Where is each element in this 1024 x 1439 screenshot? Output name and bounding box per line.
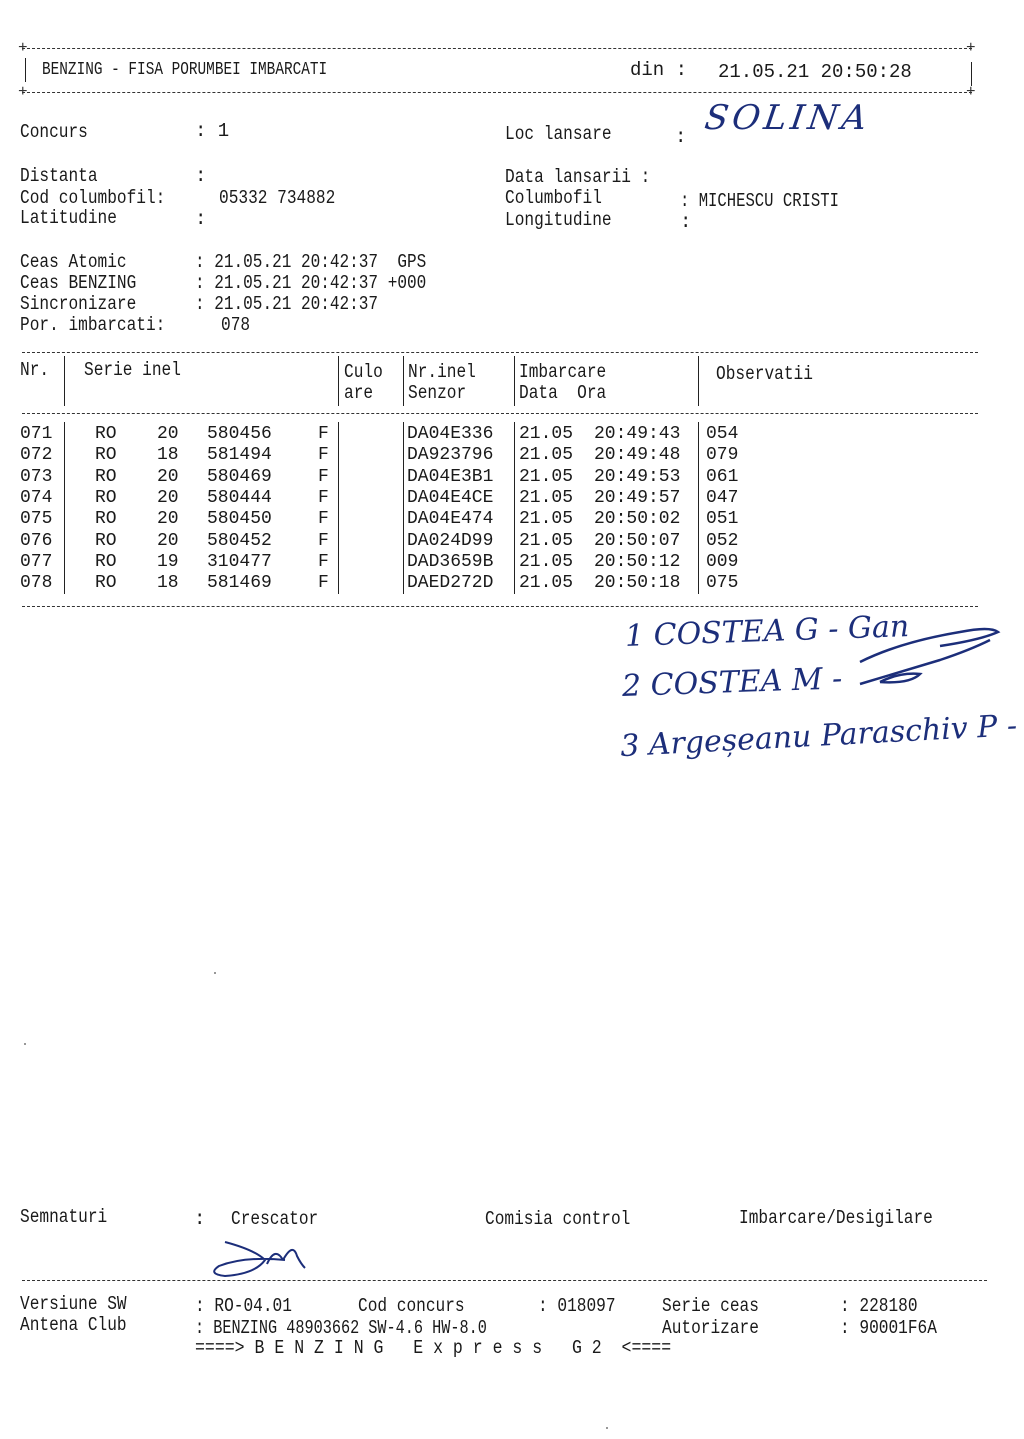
- header-box-top-border: [22, 48, 972, 49]
- cell-country: RO: [95, 424, 117, 445]
- col-header-nr: Nr.: [20, 360, 49, 381]
- scan-speck: [606, 1427, 608, 1429]
- cell-country: RO: [95, 467, 117, 488]
- cell-nr: 078: [20, 573, 52, 594]
- cell-year: 20: [157, 509, 179, 530]
- columbofil-value: : MICHESCU CRISTI: [680, 191, 839, 212]
- col-header-data-ora: Data Ora: [519, 383, 606, 404]
- column-separator: [403, 356, 404, 406]
- sincronizare-value: : 21.05.21 20:42:37: [195, 294, 378, 315]
- handwritten-note: 3 Argeșeanu Paraschiv P - Pab: [619, 705, 1024, 764]
- cell-year: 18: [157, 445, 179, 466]
- cell-sensor: DA04E4CE: [407, 488, 493, 509]
- cell-time: 20:50:12: [594, 552, 680, 573]
- cell-date: 21.05: [519, 424, 573, 445]
- cell-time: 20:49:43: [594, 424, 680, 445]
- cell-time: 20:49:53: [594, 467, 680, 488]
- comisia-control-label: Comisia control: [485, 1209, 630, 1230]
- cell-country: RO: [95, 552, 117, 573]
- cell-sensor: DA04E336: [407, 424, 493, 445]
- header-box-right-border: [971, 62, 972, 86]
- cell-sensor: DAD3659B: [407, 552, 493, 573]
- loc-lansare-label: Loc lansare: [505, 124, 612, 145]
- handwritten-note: 2 COSTEA M -: [621, 661, 852, 704]
- col-header-senzor: Senzor: [408, 383, 466, 404]
- cell-year: 20: [157, 488, 179, 509]
- cell-observatii: 052: [706, 531, 738, 552]
- header-box-left-border: [25, 58, 26, 82]
- cell-date: 21.05: [519, 573, 573, 594]
- cell-ring-number: 580444: [207, 488, 272, 509]
- din-label: din :: [630, 60, 687, 81]
- ceas-atomic-label: Ceas Atomic: [20, 252, 127, 273]
- cell-sex: F: [318, 509, 329, 530]
- cell-sensor: DA024D99: [407, 531, 493, 552]
- cell-observatii: 051: [706, 509, 738, 530]
- column-separator: [338, 422, 339, 594]
- cell-sensor: DAED272D: [407, 573, 493, 594]
- concurs-label: Concurs: [20, 122, 88, 143]
- cell-ring-number: 580456: [207, 424, 272, 445]
- serie-ceas-label: Serie ceas: [662, 1296, 759, 1317]
- cell-nr: 071: [20, 424, 52, 445]
- scan-speck: [214, 972, 216, 974]
- cod-columbofil-value: 05332 734882: [219, 188, 335, 209]
- longitudine-label: Longitudine: [505, 210, 612, 231]
- cell-year: 20: [157, 467, 179, 488]
- column-separator: [403, 422, 404, 594]
- column-separator: [698, 422, 699, 594]
- din-value: 21.05.21 20:50:28: [718, 62, 912, 83]
- cell-time: 20:49:57: [594, 488, 680, 509]
- crescator-label: Crescator: [231, 1209, 318, 1230]
- benzing-express-banner: ====> B E N Z I N G E x p r e s s G 2 <=…: [195, 1338, 671, 1359]
- versiune-sw-value: : RO-04.01: [195, 1296, 292, 1317]
- cell-observatii: 047: [706, 488, 738, 509]
- antena-club-value: : BENZING 48903662 SW-4.6 HW-8.0: [195, 1318, 487, 1339]
- cell-country: RO: [95, 445, 117, 466]
- ceas-benzing-value: : 21.05.21 20:42:37 +000: [195, 273, 426, 294]
- cell-year: 18: [157, 573, 179, 594]
- cell-country: RO: [95, 573, 117, 594]
- cell-nr: 073: [20, 467, 52, 488]
- cell-ring-number: 581469: [207, 573, 272, 594]
- cell-observatii: 075: [706, 573, 738, 594]
- cell-sex: F: [318, 552, 329, 573]
- columbofil-label: Columbofil: [505, 188, 602, 209]
- cell-nr: 072: [20, 445, 52, 466]
- col-header-observatii: Observatii: [716, 364, 813, 385]
- versiune-sw-label: Versiune SW: [20, 1294, 127, 1315]
- concurs-value: : 1: [195, 121, 229, 142]
- cell-nr: 077: [20, 552, 52, 573]
- cell-sensor: DA04E3B1: [407, 467, 493, 488]
- document-title: BENZING - FISA PORUMBEI IMBARCATI: [42, 60, 327, 81]
- cell-date: 21.05: [519, 445, 573, 466]
- cell-country: RO: [95, 531, 117, 552]
- cell-observatii: 079: [706, 445, 738, 466]
- ceas-atomic-value: : 21.05.21 20:42:37 GPS: [195, 252, 426, 273]
- antena-club-label: Antena Club: [20, 1315, 127, 1336]
- corner-plus: +: [966, 40, 976, 56]
- column-separator: [338, 356, 339, 406]
- cell-ring-number: 580469: [207, 467, 272, 488]
- sincronizare-label: Sincronizare: [20, 294, 136, 315]
- autorizare-label: Autorizare: [662, 1318, 759, 1339]
- column-separator: [514, 356, 515, 406]
- crescator-signature-icon: [205, 1238, 315, 1280]
- cell-year: 19: [157, 552, 179, 573]
- col-header-imbarcare: Imbarcare: [519, 362, 606, 383]
- latitudine-label: Latitudine: [20, 208, 117, 229]
- cell-sex: F: [318, 488, 329, 509]
- corner-plus: +: [18, 40, 28, 56]
- column-separator: [514, 422, 515, 594]
- ceas-benzing-label: Ceas BENZING: [20, 273, 136, 294]
- table-top-border: [22, 352, 978, 353]
- cell-date: 21.05: [519, 552, 573, 573]
- cell-sex: F: [318, 445, 329, 466]
- loc-lansare-handwritten-value: SOLINA: [702, 98, 873, 138]
- cell-sex: F: [318, 573, 329, 594]
- col-header-serie-inel: Serie inel: [84, 360, 181, 381]
- cell-observatii: 061: [706, 467, 738, 488]
- loc-lansare-colon: :: [675, 127, 686, 148]
- imbarcare-desigilare-label: Imbarcare/Desigilare: [739, 1208, 933, 1229]
- cell-ring-number: 580452: [207, 531, 272, 552]
- distanta-label: Distanta: [20, 166, 98, 187]
- longitudine-value: :: [680, 212, 691, 233]
- distanta-value: :: [195, 166, 206, 187]
- cell-year: 20: [157, 424, 179, 445]
- cell-time: 20:50:02: [594, 509, 680, 530]
- signature-scribble-icon: [840, 612, 1005, 692]
- col-header-nr-inel: Nr.inel: [408, 362, 476, 383]
- cell-ring-number: 310477: [207, 552, 272, 573]
- cell-sex: F: [318, 467, 329, 488]
- cell-ring-number: 581494: [207, 445, 272, 466]
- cell-time: 20:50:18: [594, 573, 680, 594]
- cell-sex: F: [318, 531, 329, 552]
- cell-country: RO: [95, 488, 117, 509]
- cell-observatii: 054: [706, 424, 738, 445]
- column-separator: [698, 356, 699, 406]
- cell-nr: 074: [20, 488, 52, 509]
- semnaturi-colon: :: [194, 1209, 205, 1230]
- por-imbarcati-label: Por. imbarcati:: [20, 315, 165, 336]
- cell-time: 20:50:07: [594, 531, 680, 552]
- column-separator: [64, 356, 65, 406]
- cod-columbofil-label: Cod columbofil:: [20, 188, 165, 209]
- cell-country: RO: [95, 509, 117, 530]
- table-bottom-border: [22, 606, 978, 607]
- cell-year: 20: [157, 531, 179, 552]
- cell-sensor: DA04E474: [407, 509, 493, 530]
- cod-concurs-label: Cod concurs: [358, 1296, 465, 1317]
- semnaturi-label: Semnaturi: [20, 1207, 107, 1228]
- corner-plus: +: [966, 84, 976, 100]
- corner-plus: +: [18, 84, 28, 100]
- cell-sensor: DA923796: [407, 445, 493, 466]
- table-header-bottom-border: [22, 413, 978, 414]
- col-header-culoare: Culo: [344, 362, 383, 383]
- cell-nr: 075: [20, 509, 52, 530]
- cell-date: 21.05: [519, 509, 573, 530]
- autorizare-value: : 90001F6A: [840, 1318, 937, 1339]
- data-lansarii-label: Data lansarii :: [505, 167, 650, 188]
- cell-time: 20:49:48: [594, 445, 680, 466]
- col-header-culoare-2: are: [344, 383, 373, 404]
- header-box-bottom-border: [22, 92, 972, 93]
- cell-date: 21.05: [519, 488, 573, 509]
- footer-separator: [22, 1280, 987, 1281]
- cell-date: 21.05: [519, 467, 573, 488]
- cell-sex: F: [318, 424, 329, 445]
- scan-speck: [24, 1043, 26, 1045]
- cod-concurs-value: : 018097: [538, 1296, 616, 1317]
- cell-nr: 076: [20, 531, 52, 552]
- cell-ring-number: 580450: [207, 509, 272, 530]
- cell-observatii: 009: [706, 552, 738, 573]
- column-separator: [64, 422, 65, 594]
- latitudine-value: :: [195, 209, 206, 230]
- serie-ceas-value: : 228180: [840, 1296, 918, 1317]
- cell-date: 21.05: [519, 531, 573, 552]
- por-imbarcati-value: 078: [221, 315, 250, 336]
